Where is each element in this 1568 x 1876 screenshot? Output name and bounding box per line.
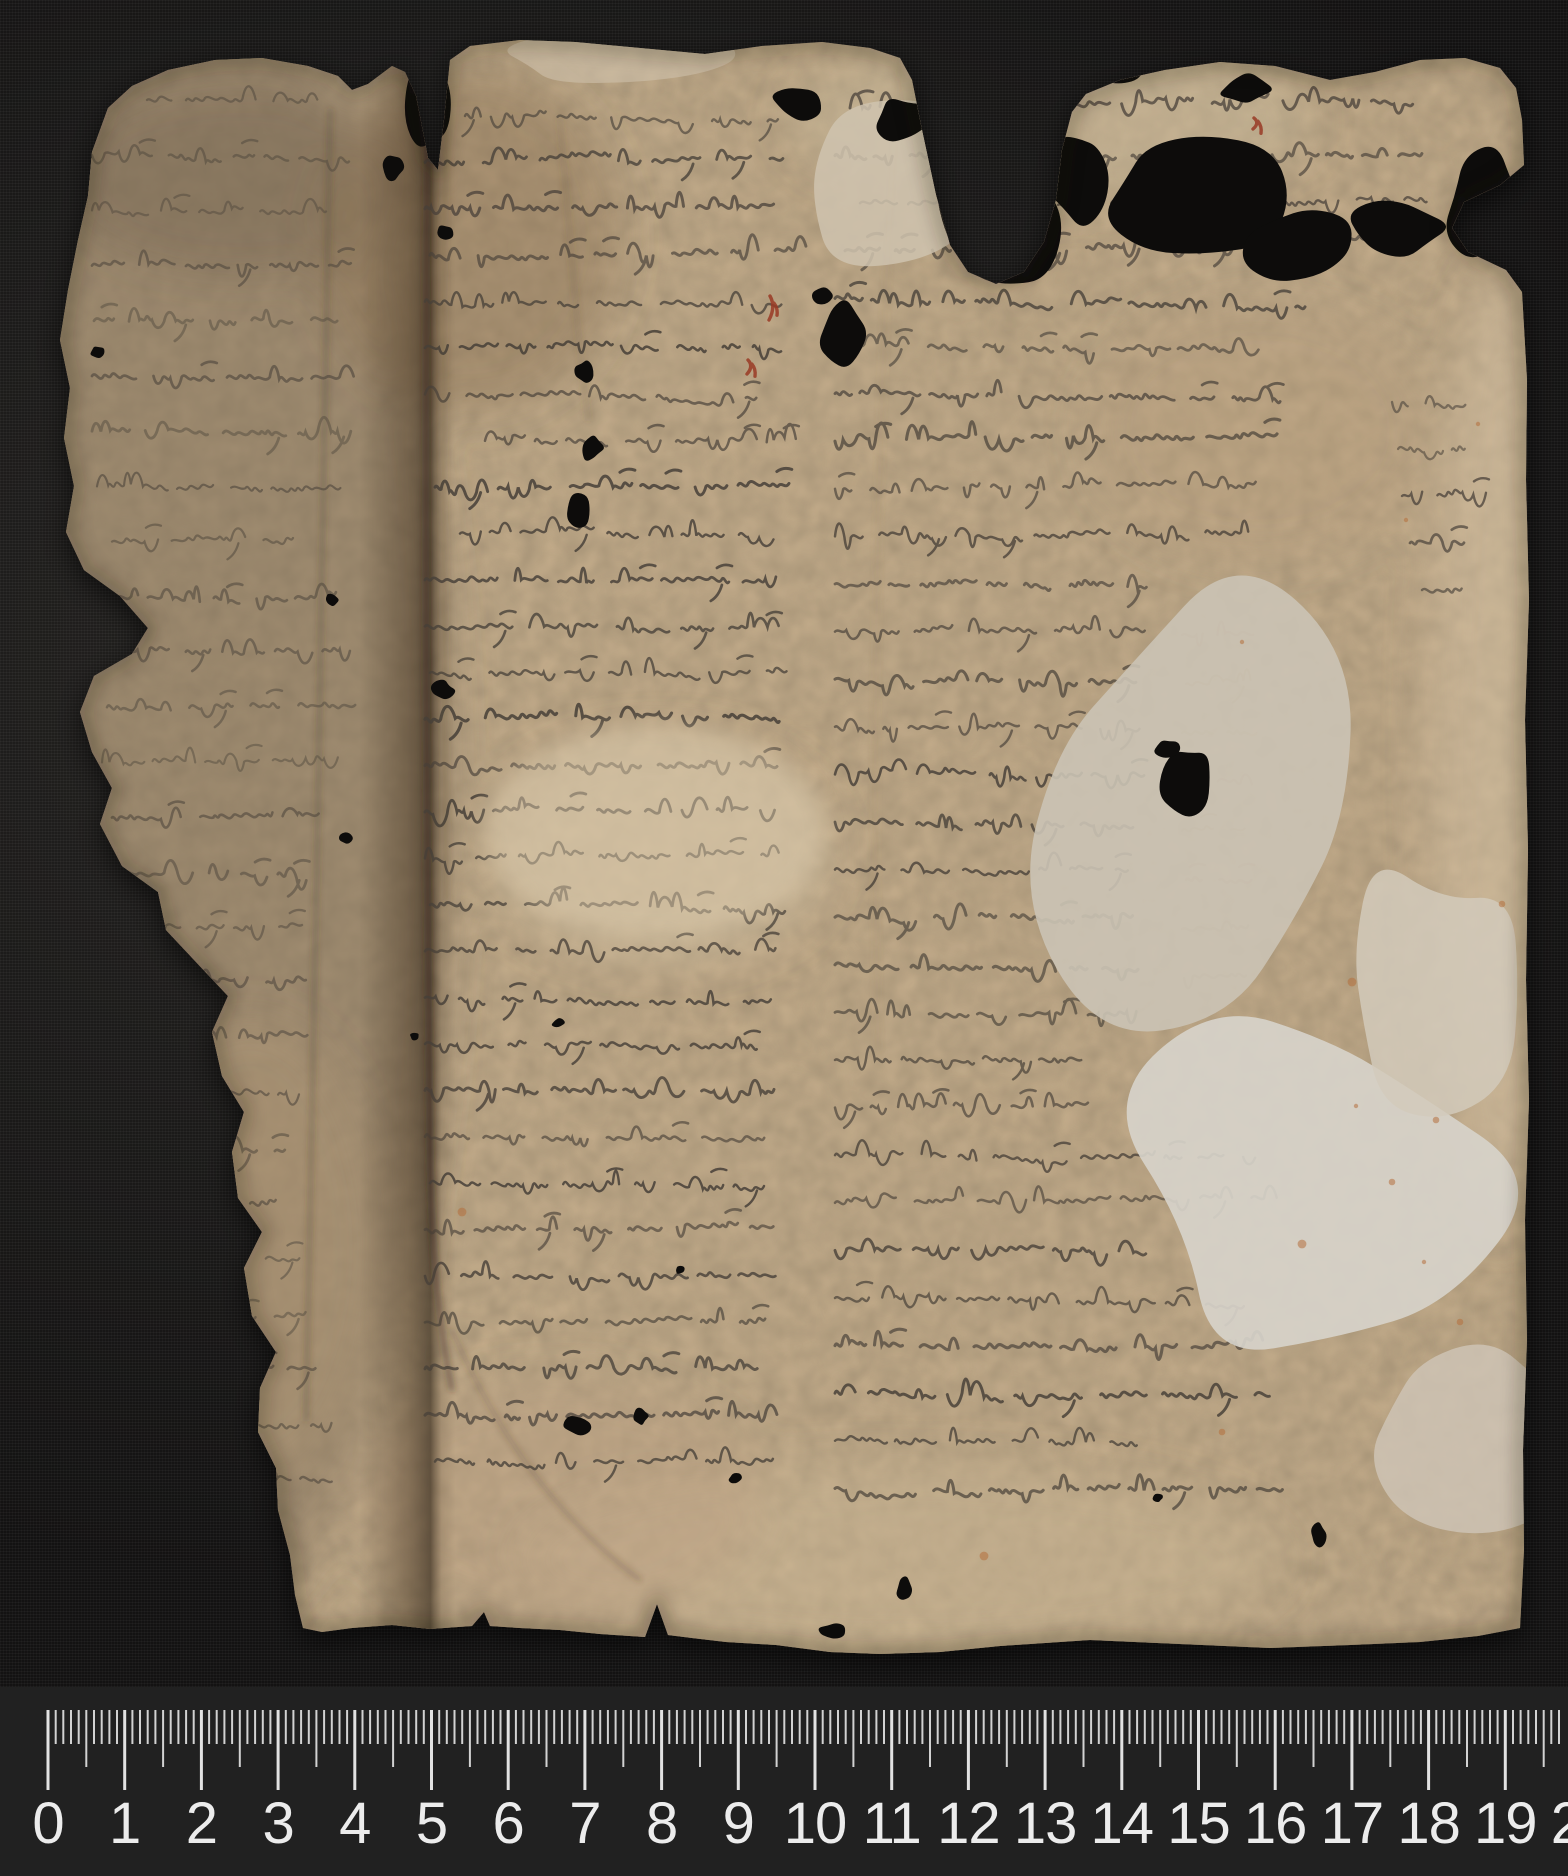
ruler-numbers: 01234567891011121314151617181920 (0, 1687, 1568, 1876)
rust-speckle (1433, 1117, 1440, 1124)
fold-shadow (360, 50, 455, 1650)
rust-speckle (1476, 422, 1480, 426)
ruler-number: 0 (32, 1795, 63, 1853)
ruler-number: 17 (1321, 1795, 1384, 1853)
ruler-number: 19 (1474, 1795, 1537, 1853)
rust-speckle (980, 1552, 989, 1561)
rust-speckle (1219, 1429, 1226, 1436)
abraded-area (485, 725, 825, 935)
ruler-number: 11 (863, 1795, 921, 1853)
photo-stage: 01234567891011121314151617181920 (0, 0, 1568, 1876)
rust-speckle (1404, 518, 1408, 522)
ruler: 01234567891011121314151617181920 (0, 1687, 1568, 1876)
ruler-number: 8 (646, 1795, 677, 1853)
ink-blot (201, 1350, 212, 1363)
ink-blot (1040, 137, 1109, 226)
rust-speckle (1240, 640, 1244, 644)
ruler-number: 1 (109, 1795, 140, 1853)
rust-speckle (1389, 1179, 1396, 1186)
ruler-number: 16 (1244, 1795, 1307, 1853)
ruler-number: 20 (1551, 1795, 1568, 1853)
ruler-number: 9 (723, 1795, 754, 1853)
rust-speckle (1422, 1260, 1426, 1264)
ruler-number: 2 (186, 1795, 217, 1853)
rust-speckle (1354, 1104, 1358, 1108)
ruler-number: 6 (493, 1795, 524, 1853)
ink-blot (970, 82, 1008, 105)
ruler-number: 13 (1014, 1795, 1077, 1853)
ruler-number: 12 (937, 1795, 1000, 1853)
ruler-number: 14 (1091, 1795, 1154, 1853)
rust-speckle (1298, 1240, 1307, 1249)
ink-blot (876, 99, 932, 141)
rust-speckle (458, 1208, 467, 1217)
rust-speckle (1499, 901, 1506, 908)
ruler-number: 15 (1167, 1795, 1230, 1853)
repair-patch (1356, 870, 1517, 1117)
ruler-number: 4 (339, 1795, 370, 1853)
manuscript-photograph (0, 0, 1568, 1876)
rust-speckle (1457, 1319, 1464, 1326)
ink-blot (567, 493, 589, 528)
ruler-number: 5 (416, 1795, 447, 1853)
ruler-number: 10 (784, 1795, 847, 1853)
ruler-number: 18 (1397, 1795, 1460, 1853)
ruler-number: 7 (569, 1795, 600, 1853)
ruler-number: 3 (262, 1795, 293, 1853)
rust-speckle (1348, 978, 1357, 987)
